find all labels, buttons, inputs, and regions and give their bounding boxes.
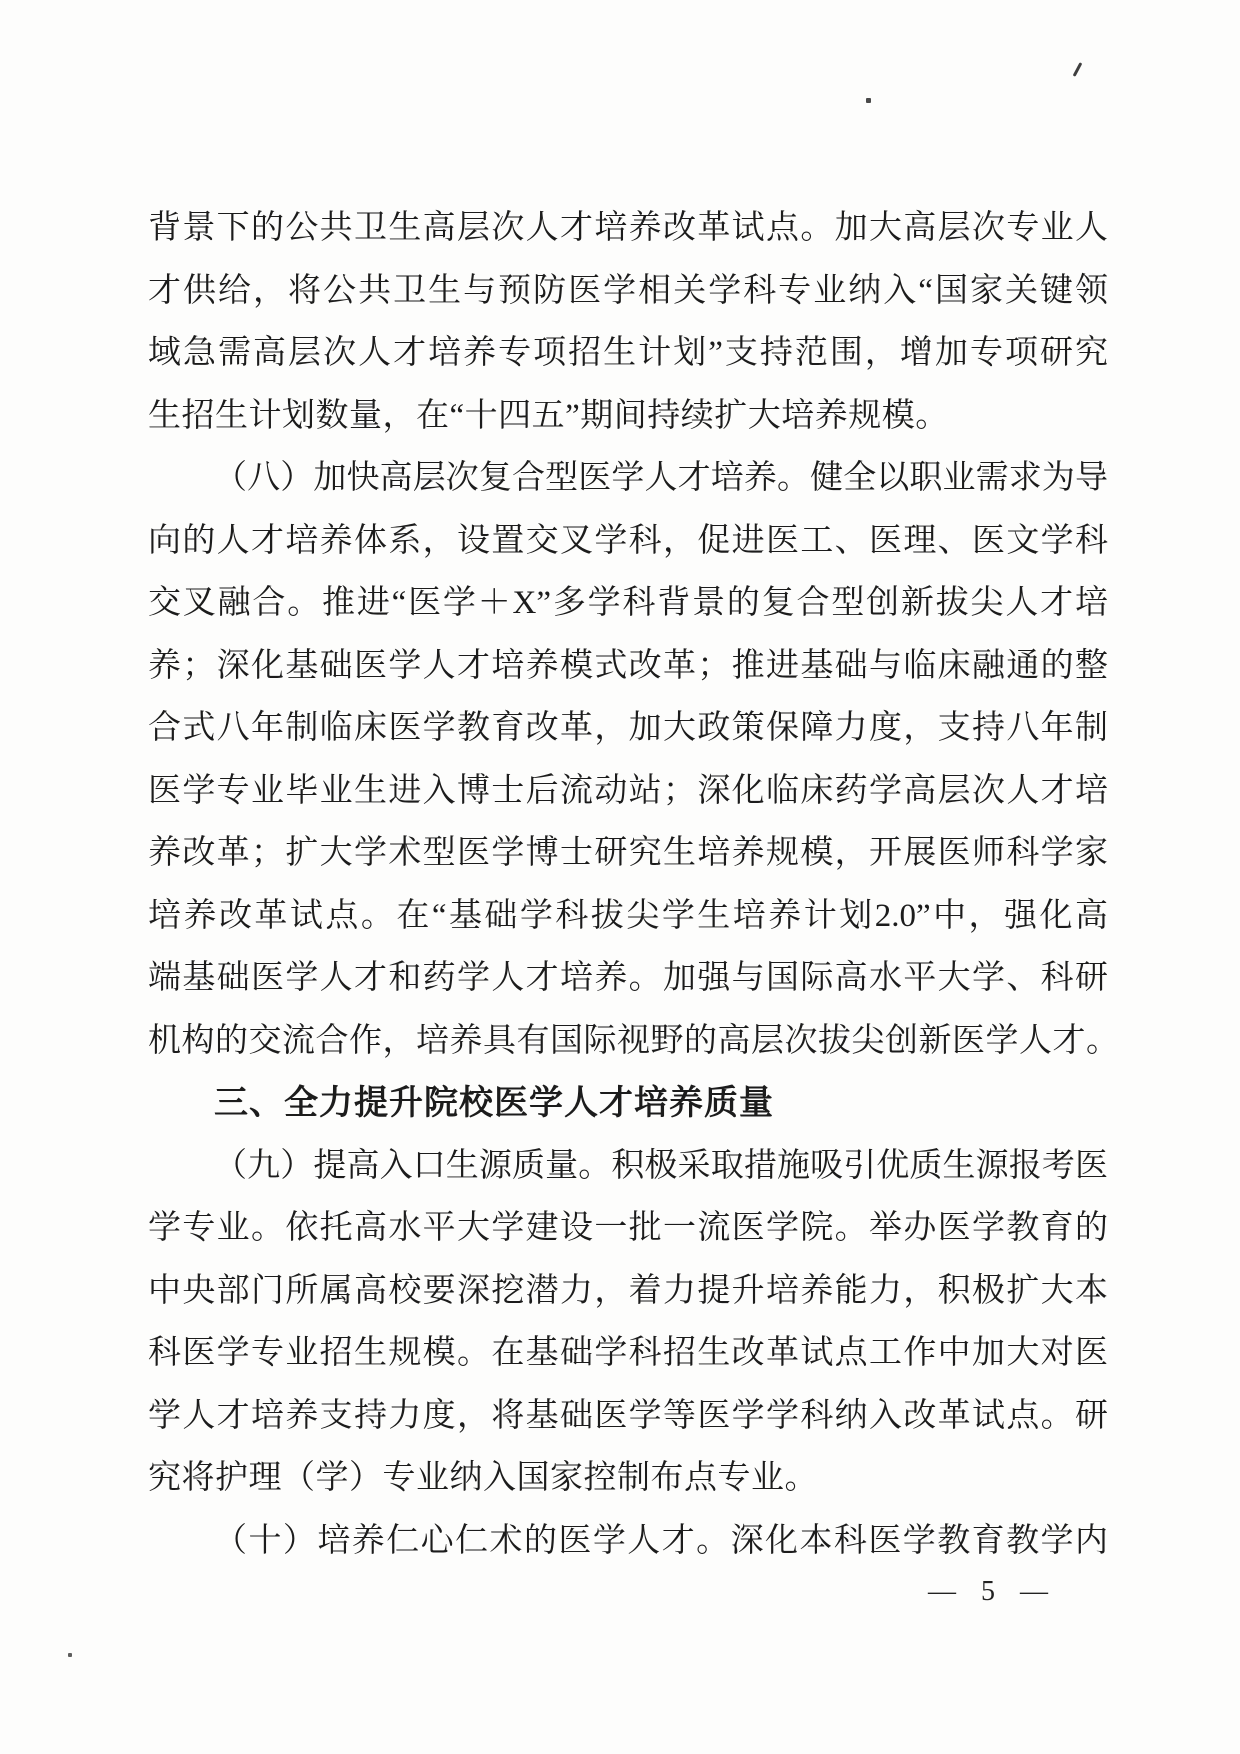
scan-speck-bottom-icon [68,1653,72,1657]
text-line: 养改革；扩大学术型医学博士研究生培养规模，开展医师科学家 [148,822,1108,885]
text-line: 中央部门所属高校要深挖潜力，着力提升培养能力，积极扩大本 [148,1260,1108,1323]
page-number: — 5 — [928,1572,1068,1612]
text-line: （八）加快高层次复合型医学人才培养。健全以职业需求为导 [148,447,1108,510]
text-line: 医学专业毕业生进入博士后流动站；深化临床药学高层次人才培 [148,760,1108,823]
text-line: 合式八年制临床医学教育改革，加大政策保障力度，支持八年制 [148,697,1108,760]
section-heading: 三、全力提升院校医学人才培养质量 [148,1072,1108,1135]
document-body: 背景下的公共卫生高层次人才培养改革试点。加大高层次专业人才供给，将公共卫生与预防… [148,197,1108,1572]
text-line: （九）提高入口生源质量。积极采取措施吸引优质生源报考医 [148,1135,1108,1198]
text-line: 学专业。依托高水平大学建设一批一流医学院。举办医学教育的 [148,1197,1108,1260]
document-page: 背景下的公共卫生高层次人才培养改革试点。加大高层次专业人才供给，将公共卫生与预防… [0,0,1240,1754]
text-line: 养；深化基础医学人才培养模式改革；推进基础与临床融通的整 [148,635,1108,698]
text-line: 科医学专业招生规模。在基础学科招生改革试点工作中加大对医 [148,1322,1108,1385]
scan-margin-dot-icon [156,1408,160,1413]
text-line: 背景下的公共卫生高层次人才培养改革试点。加大高层次专业人 [148,197,1108,260]
text-line: 域急需高层次人才培养专项招生计划”支持范围，增加专项研究 [148,322,1108,385]
scan-slash-mark-icon [1073,62,1083,77]
text-line: 交叉融合。推进“医学＋X”多学科背景的复合型创新拔尖人才培 [148,572,1108,635]
text-line: 才供给，将公共卫生与预防医学相关学科专业纳入“国家关键领 [148,260,1108,323]
text-line: 生招生计划数量，在“十四五”期间持续扩大培养规模。 [148,385,1108,448]
text-line: （十）培养仁心仁术的医学人才。深化本科医学教育教学内 [148,1510,1108,1573]
text-line: 向的人才培养体系，设置交叉学科，促进医工、医理、医文学科 [148,510,1108,573]
text-line: 培养改革试点。在“基础学科拔尖学生培养计划2.0”中，强化高 [148,885,1108,948]
scan-speck-top-icon [866,98,871,103]
text-line: 究将护理（学）专业纳入国家控制布点专业。 [148,1447,1108,1510]
text-line: 端基础医学人才和药学人才培养。加强与国际高水平大学、科研 [148,947,1108,1010]
text-line: 机构的交流合作，培养具有国际视野的高层次拔尖创新医学人才。 [148,1010,1108,1073]
text-line: 学人才培养支持力度，将基础医学等医学学科纳入改革试点。研 [148,1385,1108,1448]
